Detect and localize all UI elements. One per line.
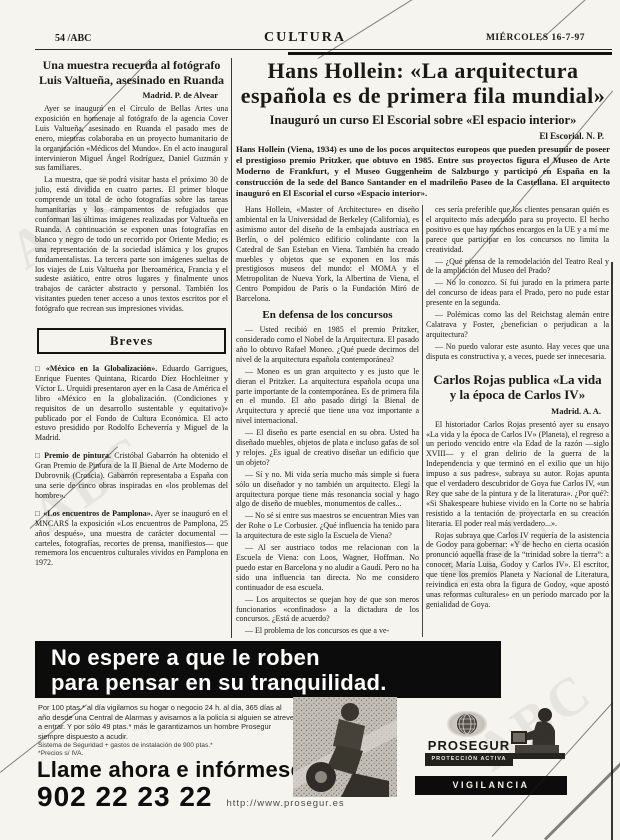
left-article-title-line1: Una muestra recuerda al fotógrafo (35, 58, 228, 73)
brief-item: □Premio de pintura. Cristóbal Gabarrón h… (35, 451, 228, 501)
left-article-title: Una muestra recuerda al fotógrafo Luis V… (35, 58, 228, 87)
brief-item: □«Los encuentros de Pamplona». Ayer se i… (35, 509, 228, 568)
interview-paragraph: — El problema de los concursos es que a … (236, 626, 419, 636)
ad-terms: Sistema de Seguridad + gastos de instala… (38, 742, 294, 758)
interview-column-right: ces sería preferible que los clientes pe… (426, 205, 609, 637)
interview-columns: Hans Hollein, «Master of Architecture» e… (236, 205, 610, 637)
prosegur-logo-block: PROSEGUR PROTECCIÓN ACTIVA VIGILANCIA IN… (415, 711, 567, 795)
second-article-byline: Madrid. A. A. (426, 406, 609, 416)
left-article-paragraph: La muestra, que se podrá visitar hasta e… (35, 175, 228, 314)
left-article-paragraph: Ayer se inauguró en el Círculo de Bellas… (35, 104, 228, 173)
page-number: 54 /ABC (55, 33, 91, 44)
interview-paragraph: — Al ser austriaco todos me relacionan c… (236, 543, 419, 593)
left-article-title-line2: Luis Valtueña, asesinado en Ruanda (35, 73, 228, 88)
brief-lead: «México en la Globalización». (46, 364, 157, 373)
prosegur-advertisement: No espere a que le roben para pensar en … (35, 641, 612, 837)
prosegur-brand-subtitle: PROTECCIÓN ACTIVA (425, 753, 513, 766)
brief-lead: «Los encuentros de Pamplona». (43, 509, 153, 518)
square-bullet-icon: □ (35, 509, 40, 518)
header-rule-thick (288, 52, 612, 55)
globe-icon (447, 711, 487, 737)
prosegur-brand-name: PROSEGUR (417, 738, 521, 753)
second-article: Carlos Rojas publica «La vida y la época… (426, 372, 609, 610)
column-divider (231, 58, 232, 638)
header-rule-thin (35, 49, 612, 50)
interview-paragraph: — Moneo es un gran arquitecto y es justo… (236, 367, 419, 426)
left-column: Una muestra recuerda al fotógrafo Luis V… (35, 58, 228, 576)
ad-headline-line2: para pensar en su tranquilidad. (51, 670, 501, 695)
second-article-headline: Carlos Rojas publica «La vida y la época… (426, 372, 609, 403)
ad-website-url: http://www.prosegur.es (227, 798, 345, 809)
breves-title: Breves (39, 333, 224, 349)
newspaper-page: 54 /ABC CULTURA MIÉRCOLES 16-7-97 Una mu… (0, 0, 620, 840)
main-lead-paragraph: Hans Hollein (Viena, 1934) es uno de los… (236, 144, 610, 199)
page-edge-line (611, 262, 613, 840)
square-bullet-icon: □ (35, 364, 43, 373)
section-title: CULTURA (220, 30, 390, 46)
second-article-headline-line1: Carlos Rojas publica «La vida (426, 372, 609, 388)
ad-headline-line1: No espere a que le roben (51, 645, 501, 670)
main-byline: El Escorial. N. P. (236, 131, 610, 141)
ad-body-text: Por 100 ptas.* al día vigilamos su hogar… (38, 703, 294, 741)
interview-paragraph: — No sé si entre sus maestros se encuent… (236, 511, 419, 541)
main-headline: Hans Hollein: «La arquitectura española … (236, 58, 610, 108)
second-article-paragraph: El historiador Carlos Rojas presentó aye… (426, 420, 609, 529)
main-headline-line2: española es de primera fila mundial» (236, 83, 610, 108)
square-bullet-icon: □ (35, 451, 41, 460)
second-article-headline-line2: y la época de Carlos IV» (426, 387, 609, 403)
interview-paragraph: — Los arquitectos se quejan hoy de que s… (236, 595, 419, 625)
interview-paragraph: — Sí y no. Mi vida sería mucho más simpl… (236, 470, 419, 510)
interview-paragraph: — El diseño es parte esencial en su obra… (236, 428, 419, 468)
motorcyclist-photo-art (293, 697, 397, 797)
main-subhead: Inauguró un curso El Escorial sobre «El … (236, 113, 610, 128)
issue-date: MIÉRCOLES 16-7-97 (430, 33, 585, 43)
ad-headline-banner: No espere a que le roben para pensar en … (35, 641, 501, 698)
main-article: Hans Hollein: «La arquitectura española … (236, 58, 610, 637)
interview-paragraph: — Polémicas como las del Reichstag alemá… (426, 310, 609, 340)
interview-paragraph: — ¿Qué piensa de la remodelación del Tea… (426, 257, 609, 277)
left-article-byline: Madrid. P. de Alvear (35, 90, 228, 100)
interview-paragraph: — Usted recibió en 1985 el premio Pritzk… (236, 325, 419, 365)
brief-text: Eduardo Garrigues, Enrique Fuentes Quint… (35, 364, 228, 442)
inter-column-rule (422, 205, 423, 637)
brief-lead: Premio de pintura. (44, 451, 111, 460)
interview-paragraph: ces sería preferible que los clientes pe… (426, 205, 609, 255)
ad-terms-line1: Sistema de Seguridad + gastos de instala… (38, 742, 294, 750)
interview-paragraph: — No lo conozco. Sí fui jurado en la pri… (426, 278, 609, 308)
second-article-paragraph: Rojas subraya que Carlos IV requería de … (426, 531, 609, 610)
ad-call-to-action: Llame ahora e infórmese: (37, 757, 311, 783)
main-headline-line1: Hans Hollein: «La arquitectura (236, 58, 610, 83)
interview-paragraph: — No puedo valorar este asunto. Hay vece… (426, 342, 609, 362)
breves-box: Breves (37, 328, 226, 354)
ad-phone-number: 902 22 23 22 (37, 781, 213, 813)
brief-item: □«México en la Globalización». Eduardo G… (35, 364, 228, 443)
interview-paragraph: Hans Hollein, «Master of Architecture» e… (236, 205, 419, 304)
motorcyclist-photo (293, 697, 397, 797)
interview-crosshead: En defensa de los concursos (236, 309, 419, 321)
interview-column-left: Hans Hollein, «Master of Architecture» e… (236, 205, 419, 637)
